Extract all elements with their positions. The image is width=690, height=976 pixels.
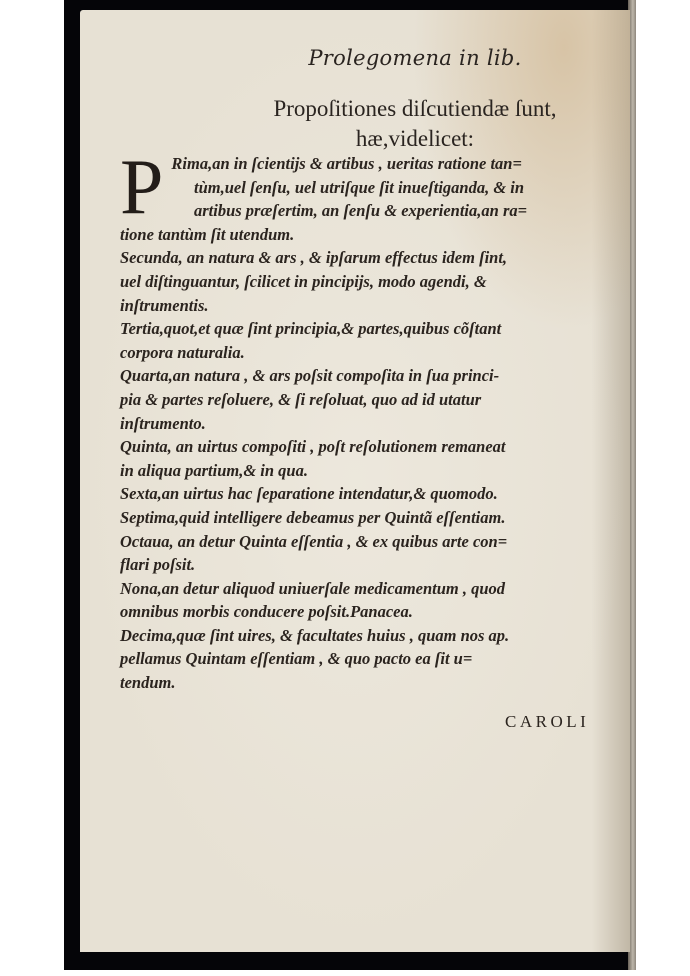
proposition-octaua: Octaua, an detur Quinta eſſentia , & ex …: [120, 530, 615, 577]
proposition-line: artibus præſertim, an ſenſu & experienti…: [120, 199, 615, 223]
proposition-line: tùm,uel ſenſu, uel utriſque ſit inueſtig…: [120, 176, 615, 200]
proposition-line: flari poſsit.: [140, 553, 615, 577]
proposition-line: Decima,quæ ſint uires, & facultates huiu…: [140, 624, 615, 648]
proposition-prima: P Rima,an in ſcientijs & artibus , uerit…: [120, 152, 615, 246]
proposition-tertia: Tertia,quot,et quæ ſint principia,& part…: [120, 317, 615, 364]
proposition-line: omnibus morbis conducere poſsit.Panacea.: [140, 600, 615, 624]
catchword: CAROLI: [505, 712, 589, 732]
title-line-2: hæ,videlicet:: [200, 124, 630, 154]
proposition-nona: Nona,an detur aliquod uniuerſale medicam…: [120, 577, 615, 624]
proposition-line: pellamus Quintam eſſentiam , & quo pacto…: [140, 647, 615, 671]
proposition-line: Nona,an detur aliquod uniuerſale medicam…: [140, 577, 615, 601]
proposition-line: inſtrumentis.: [140, 294, 615, 318]
proposition-line: Septima,quid intelligere debeamus per Qu…: [140, 506, 615, 530]
proposition-sexta: Sexta,an uirtus hac ſeparatione intendat…: [120, 482, 615, 506]
proposition-line: Octaua, an detur Quinta eſſentia , & ex …: [140, 530, 615, 554]
proposition-line: corpora naturalia.: [140, 341, 615, 365]
proposition-line: Quinta, an uirtus compoſiti , poſt reſol…: [140, 435, 615, 459]
proposition-quinta: Quinta, an uirtus compoſiti , poſt reſol…: [120, 435, 615, 482]
proposition-line: tione tantùm ſit utendum.: [120, 223, 615, 247]
proposition-line: tendum.: [140, 671, 615, 695]
proposition-line: Rima,an in ſcientijs & artibus , ueritas…: [120, 152, 615, 176]
proposition-decima: Decima,quæ ſint uires, & facultates huiu…: [120, 624, 615, 695]
proposition-secunda: Secunda, an natura & ars , & ipſarum eff…: [120, 246, 615, 317]
proposition-line: in aliqua partium,& in qua.: [140, 459, 615, 483]
proposition-line: inſtrumento.: [140, 412, 615, 436]
proposition-line: Secunda, an natura & ars , & ipſarum eff…: [140, 246, 615, 270]
proposition-line: Quarta,an natura , & ars poſsit compoſit…: [140, 364, 615, 388]
proposition-quarta: Quarta,an natura , & ars poſsit compoſit…: [120, 364, 615, 435]
drop-cap: P: [120, 156, 163, 220]
proposition-line: pia & partes reſoluere, & ſi reſoluat, q…: [140, 388, 615, 412]
proposition-line: Tertia,quot,et quæ ſint principia,& part…: [140, 317, 615, 341]
proposition-line: Sexta,an uirtus hac ſeparatione intendat…: [140, 482, 615, 506]
proposition-line: uel diſtinguantur, ſcilicet in pincipijs…: [140, 270, 615, 294]
running-head: Prolegomena in lib.: [80, 46, 630, 70]
propositions-list: P Rima,an in ſcientijs & artibus , uerit…: [120, 152, 615, 695]
title-line-1: Propoſitiones diſcutiendæ ſunt,: [200, 94, 630, 124]
proposition-septima: Septima,quid intelligere debeamus per Qu…: [120, 506, 615, 530]
